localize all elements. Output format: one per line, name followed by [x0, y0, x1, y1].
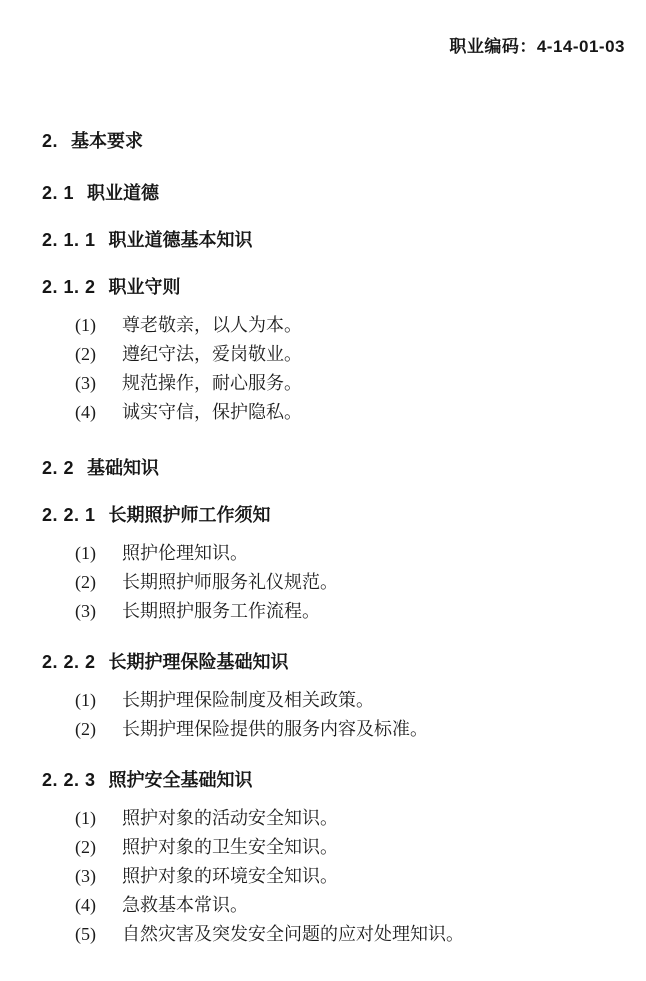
list-item-text: 诚实守信，保护隐私。 [122, 402, 302, 422]
list-item-text: 照护对象的活动安全知识。 [122, 808, 338, 828]
list-item-text: 长期照护服务工作流程。 [122, 601, 320, 621]
professional-code-list: (1)尊老敬亲，以人为本。 (2)遵纪守法，爱岗敬业。 (3)规范操作，耐心服务… [75, 311, 620, 427]
list-item: (4)急救基本常识。 [75, 891, 620, 920]
list-marker: (3) [75, 862, 122, 891]
section-title: 职业道德基本知识 [109, 230, 253, 250]
list-item-text: 自然灾害及突发安全问题的应对处理知识。 [122, 924, 464, 944]
list-marker: (1) [75, 311, 122, 340]
list-marker: (1) [75, 804, 122, 833]
section-title: 职业守则 [109, 277, 181, 297]
list-item: (3)规范操作，耐心服务。 [75, 369, 620, 398]
list-item: (1)照护伦理知识。 [75, 539, 620, 568]
section-title: 长期护理保险基础知识 [109, 652, 289, 672]
section-number: 2. 1. 1 [42, 230, 96, 250]
list-item-text: 照护对象的环境安全知识。 [122, 866, 338, 886]
list-item-text: 照护对象的卫生安全知识。 [122, 837, 338, 857]
list-item-text: 急救基本常识。 [122, 895, 248, 915]
occupation-code: 职业编码：4-14-01-03 [449, 32, 625, 57]
section-heading-professional-code: 2. 1. 2职业守则 [42, 277, 620, 298]
list-item: (5)自然灾害及突发安全问题的应对处理知识。 [75, 920, 620, 949]
section-number: 2. 2 [42, 458, 74, 478]
list-item-text: 长期照护师服务礼仪规范。 [122, 572, 338, 592]
list-item-text: 遵纪守法，爱岗敬业。 [122, 344, 302, 364]
section-heading-basic-requirements: 2.基本要求 [42, 131, 620, 152]
section-heading-care-safety-knowledge: 2. 2. 3照护安全基础知识 [42, 770, 620, 791]
list-item: (2)长期照护师服务礼仪规范。 [75, 568, 620, 597]
section-heading-ltc-insurance-knowledge: 2. 2. 2长期护理保险基础知识 [42, 652, 620, 673]
care-safety-list: (1)照护对象的活动安全知识。 (2)照护对象的卫生安全知识。 (3)照护对象的… [75, 804, 620, 949]
list-marker: (2) [75, 833, 122, 862]
section-title: 照护安全基础知识 [109, 770, 253, 790]
section-title: 基本要求 [71, 131, 143, 151]
section-heading-basic-knowledge: 2. 2基础知识 [42, 458, 620, 479]
section-title: 长期照护师工作须知 [109, 505, 271, 525]
list-marker: (2) [75, 715, 122, 744]
list-item: (1)尊老敬亲，以人为本。 [75, 311, 620, 340]
caregiver-work-notes-list: (1)照护伦理知识。 (2)长期照护师服务礼仪规范。 (3)长期照护服务工作流程… [75, 539, 620, 626]
section-heading-professional-ethics: 2. 1职业道德 [42, 183, 620, 204]
list-marker: (1) [75, 539, 122, 568]
list-item-text: 长期护理保险制度及相关政策。 [122, 690, 374, 710]
list-marker: (2) [75, 568, 122, 597]
section-number: 2. 2. 1 [42, 505, 96, 525]
list-marker: (2) [75, 340, 122, 369]
list-item: (4)诚实守信，保护隐私。 [75, 398, 620, 427]
list-item: (2)照护对象的卫生安全知识。 [75, 833, 620, 862]
list-marker: (3) [75, 369, 122, 398]
document-content: 2.基本要求 2. 1职业道德 2. 1. 1职业道德基本知识 2. 1. 2职… [42, 131, 620, 949]
document-page: 职业编码：4-14-01-03 2.基本要求 2. 1职业道德 2. 1. 1职… [0, 0, 646, 981]
list-item-text: 长期护理保险提供的服务内容及标准。 [122, 719, 428, 739]
list-item: (1)照护对象的活动安全知识。 [75, 804, 620, 833]
section-title: 职业道德 [87, 183, 159, 203]
list-marker: (5) [75, 920, 122, 949]
section-heading-caregiver-work-notes: 2. 2. 1长期照护师工作须知 [42, 505, 620, 526]
list-marker: (4) [75, 891, 122, 920]
list-marker: (4) [75, 398, 122, 427]
list-item-text: 规范操作，耐心服务。 [122, 373, 302, 393]
ltc-insurance-list: (1)长期护理保险制度及相关政策。 (2)长期护理保险提供的服务内容及标准。 [75, 686, 620, 744]
section-number: 2. 2. 2 [42, 652, 96, 672]
list-item-text: 尊老敬亲，以人为本。 [122, 315, 302, 335]
list-marker: (1) [75, 686, 122, 715]
list-item: (1)长期护理保险制度及相关政策。 [75, 686, 620, 715]
section-number: 2. [42, 131, 58, 151]
list-item: (3)照护对象的环境安全知识。 [75, 862, 620, 891]
section-number: 2. 1 [42, 183, 74, 203]
section-number: 2. 2. 3 [42, 770, 96, 790]
section-heading-ethics-basic-knowledge: 2. 1. 1职业道德基本知识 [42, 230, 620, 251]
list-item: (2)遵纪守法，爱岗敬业。 [75, 340, 620, 369]
section-number: 2. 1. 2 [42, 277, 96, 297]
list-marker: (3) [75, 597, 122, 626]
section-title: 基础知识 [87, 458, 159, 478]
list-item: (2)长期护理保险提供的服务内容及标准。 [75, 715, 620, 744]
list-item: (3)长期照护服务工作流程。 [75, 597, 620, 626]
list-item-text: 照护伦理知识。 [122, 543, 248, 563]
